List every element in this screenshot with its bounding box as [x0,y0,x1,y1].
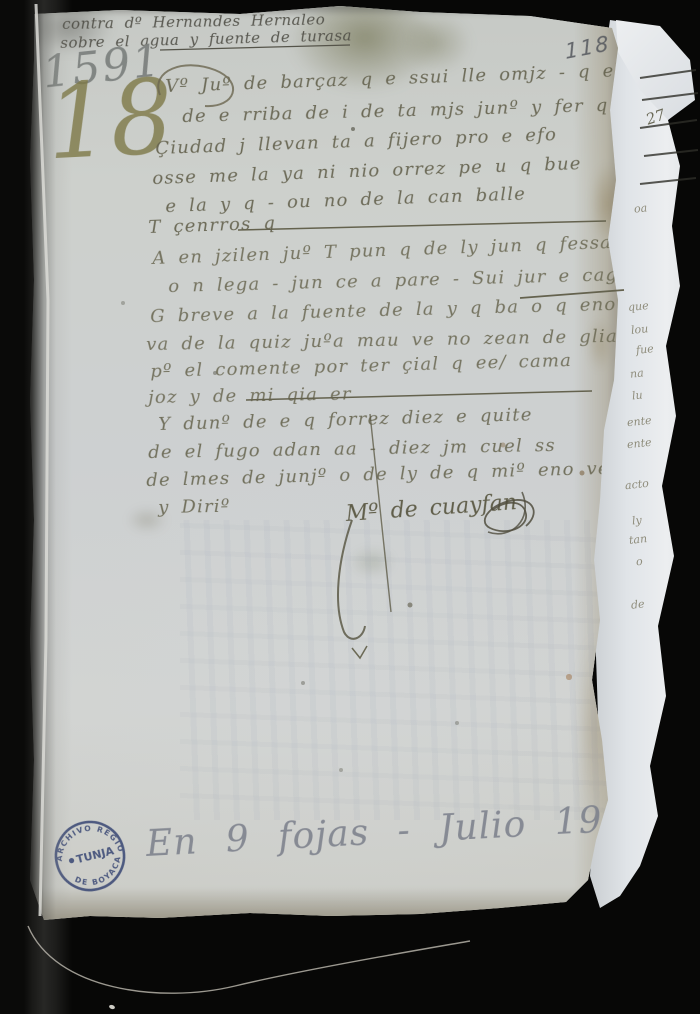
edge-text-fragment: oa [633,201,647,215]
edge-text-fragment: ly [631,514,642,528]
bleed-through-text [180,520,650,820]
manuscript-line: e la y q - ou no de la can balle [165,183,526,217]
manuscript-line: y Diriº [158,496,231,518]
stamp-dot [68,857,74,863]
manuscript-line: de lmes de junjº o de ly de q miº eno ve… [146,457,635,491]
manuscript-line: A en jzilen juº T pun q de ly jun q fess… [152,232,625,269]
manuscript-line: T çenrros q [148,213,276,238]
paper-specks [0,0,2,2]
edge-text-fragment: fue [635,342,654,357]
file-number: 18 [44,57,177,183]
dust-speck [108,1004,115,1010]
manuscript-line: o n lega - jun ce a pare - Sui jur e cag… [168,264,625,297]
manuscript-line: de el fugo adan aa - diez jm cuel ss [148,435,556,463]
binding-thread [28,926,470,993]
manuscript-line: Y dunº de e q forrez diez e quite [158,404,533,435]
edge-text-fragment: ente [626,436,652,451]
manuscript-photo: 27 oa que lou fue na lu ente ente acto l… [0,0,700,1014]
stamp-center-text: TUNJA [75,844,116,866]
edge-text-fragment: que [627,299,649,314]
manuscript-line: joz y de mi qia er [148,383,352,408]
manuscript-line: pº el comente por ter çial q ee/ cama [150,350,572,382]
edge-text-fragment: de [630,597,645,611]
edge-text-fragment: o [635,555,643,569]
edge-text-fragment: acto [624,477,649,492]
edge-text-fragment: na [629,366,644,380]
manuscript-line: Çiudad j llevan ta a fijero pro e efo [155,124,557,159]
edge-text-fragment: lou [630,322,648,337]
edge-text-fragment: ente [626,414,652,429]
edge-text-fragment: lu [631,388,643,402]
margin-mark: º8 [14,378,24,391]
edge-text-fragment: tan [628,532,647,547]
